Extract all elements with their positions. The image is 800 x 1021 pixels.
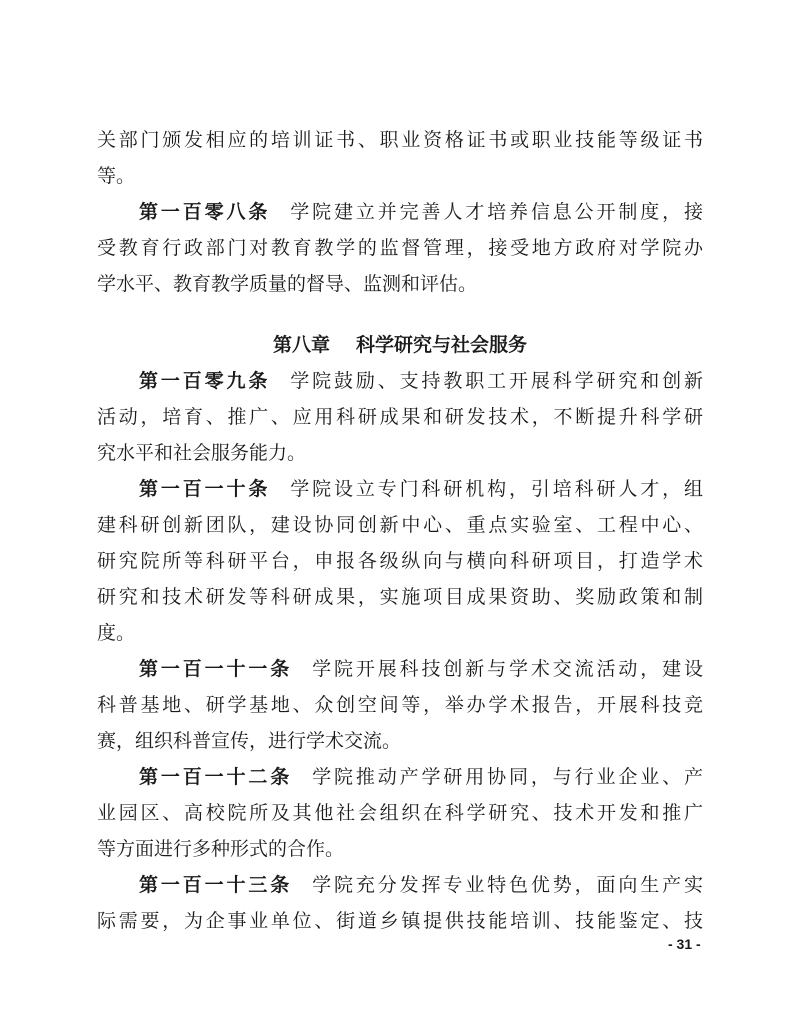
- paragraph-line: 究水平和社会服务能力。: [97, 435, 703, 471]
- paragraph-line: 科普基地、研学基地、众创空间等，举办学术报告，开展科技竞: [97, 687, 703, 723]
- paragraph-line: 受教育行政部门对教育教学的监督管理，接受地方政府对学院办: [97, 230, 703, 266]
- article-label: 第一百零八条: [139, 201, 270, 223]
- chapter-heading: 第八章科学研究与社会服务: [0, 327, 800, 363]
- article-108-first-line: 第一百零八条学院建立并完善人才培养信息公开制度，接: [139, 194, 703, 230]
- article-text: 学院建立并完善人才培养信息公开制度，接: [290, 201, 703, 223]
- article-label: 第一百一十条: [139, 478, 270, 500]
- paragraph-line: 研究院所等科研平台，申报各级纵向与横向科研项目，打造学术: [97, 543, 703, 579]
- paragraph-line: 度。: [97, 615, 703, 651]
- paragraph-line: 活动，培育、推广、应用科研成果和研发技术，不断提升科学研: [97, 399, 703, 435]
- paragraph-line: 业园区、高校院所及其他社会组织在科学研究、技术开发和推广: [97, 795, 703, 831]
- article-label: 第一百一十一条: [139, 658, 292, 680]
- document-page: 关部门颁发相应的培训证书、职业资格证书或职业技能等级证书 等。 第一百零八条学院…: [0, 0, 800, 1021]
- article-label: 第一百一十三条: [139, 874, 292, 896]
- article-text: 学院鼓励、支持教职工开展科学研究和创新: [290, 370, 703, 392]
- chapter-title: 科学研究与社会服务: [356, 334, 527, 356]
- article-113-first-line: 第一百一十三条学院充分发挥专业特色优势，面向生产实: [139, 867, 703, 903]
- article-label: 第一百零九条: [139, 370, 270, 392]
- article-text: 学院设立专门科研机构，引培科研人才，组: [290, 478, 703, 500]
- article-111-first-line: 第一百一十一条学院开展科技创新与学术交流活动，建设: [139, 651, 703, 687]
- article-label: 第一百一十二条: [139, 766, 292, 788]
- article-110-first-line: 第一百一十条学院设立专门科研机构，引培科研人才，组: [139, 471, 703, 507]
- paragraph-line: 关部门颁发相应的培训证书、职业资格证书或职业技能等级证书: [97, 122, 703, 158]
- paragraph-line: 际需要，为企事业单位、街道乡镇提供技能培训、技能鉴定、技: [97, 903, 703, 939]
- page-number: - 31 -: [668, 936, 701, 952]
- paragraph-line: 等。: [97, 158, 703, 194]
- paragraph-line: 赛，组织科普宣传，进行学术交流。: [97, 723, 703, 759]
- paragraph-line: 研究和技术研发等科研成果，实施项目成果资助、奖励政策和制: [97, 579, 703, 615]
- paragraph-line: 等方面进行多种形式的合作。: [97, 831, 703, 867]
- paragraph-line: 学水平、教育教学质量的督导、监测和评估。: [97, 266, 703, 302]
- article-109-first-line: 第一百零九条学院鼓励、支持教职工开展科学研究和创新: [139, 363, 703, 399]
- chapter-number: 第八章: [273, 334, 330, 356]
- article-text: 学院开展科技创新与学术交流活动，建设: [312, 658, 703, 680]
- paragraph-line: 建科研创新团队，建设协同创新中心、重点实验室、工程中心、: [97, 507, 703, 543]
- article-112-first-line: 第一百一十二条学院推动产学研用协同，与行业企业、产: [139, 759, 703, 795]
- article-text: 学院充分发挥专业特色优势，面向生产实: [312, 874, 703, 896]
- article-text: 学院推动产学研用协同，与行业企业、产: [312, 766, 703, 788]
